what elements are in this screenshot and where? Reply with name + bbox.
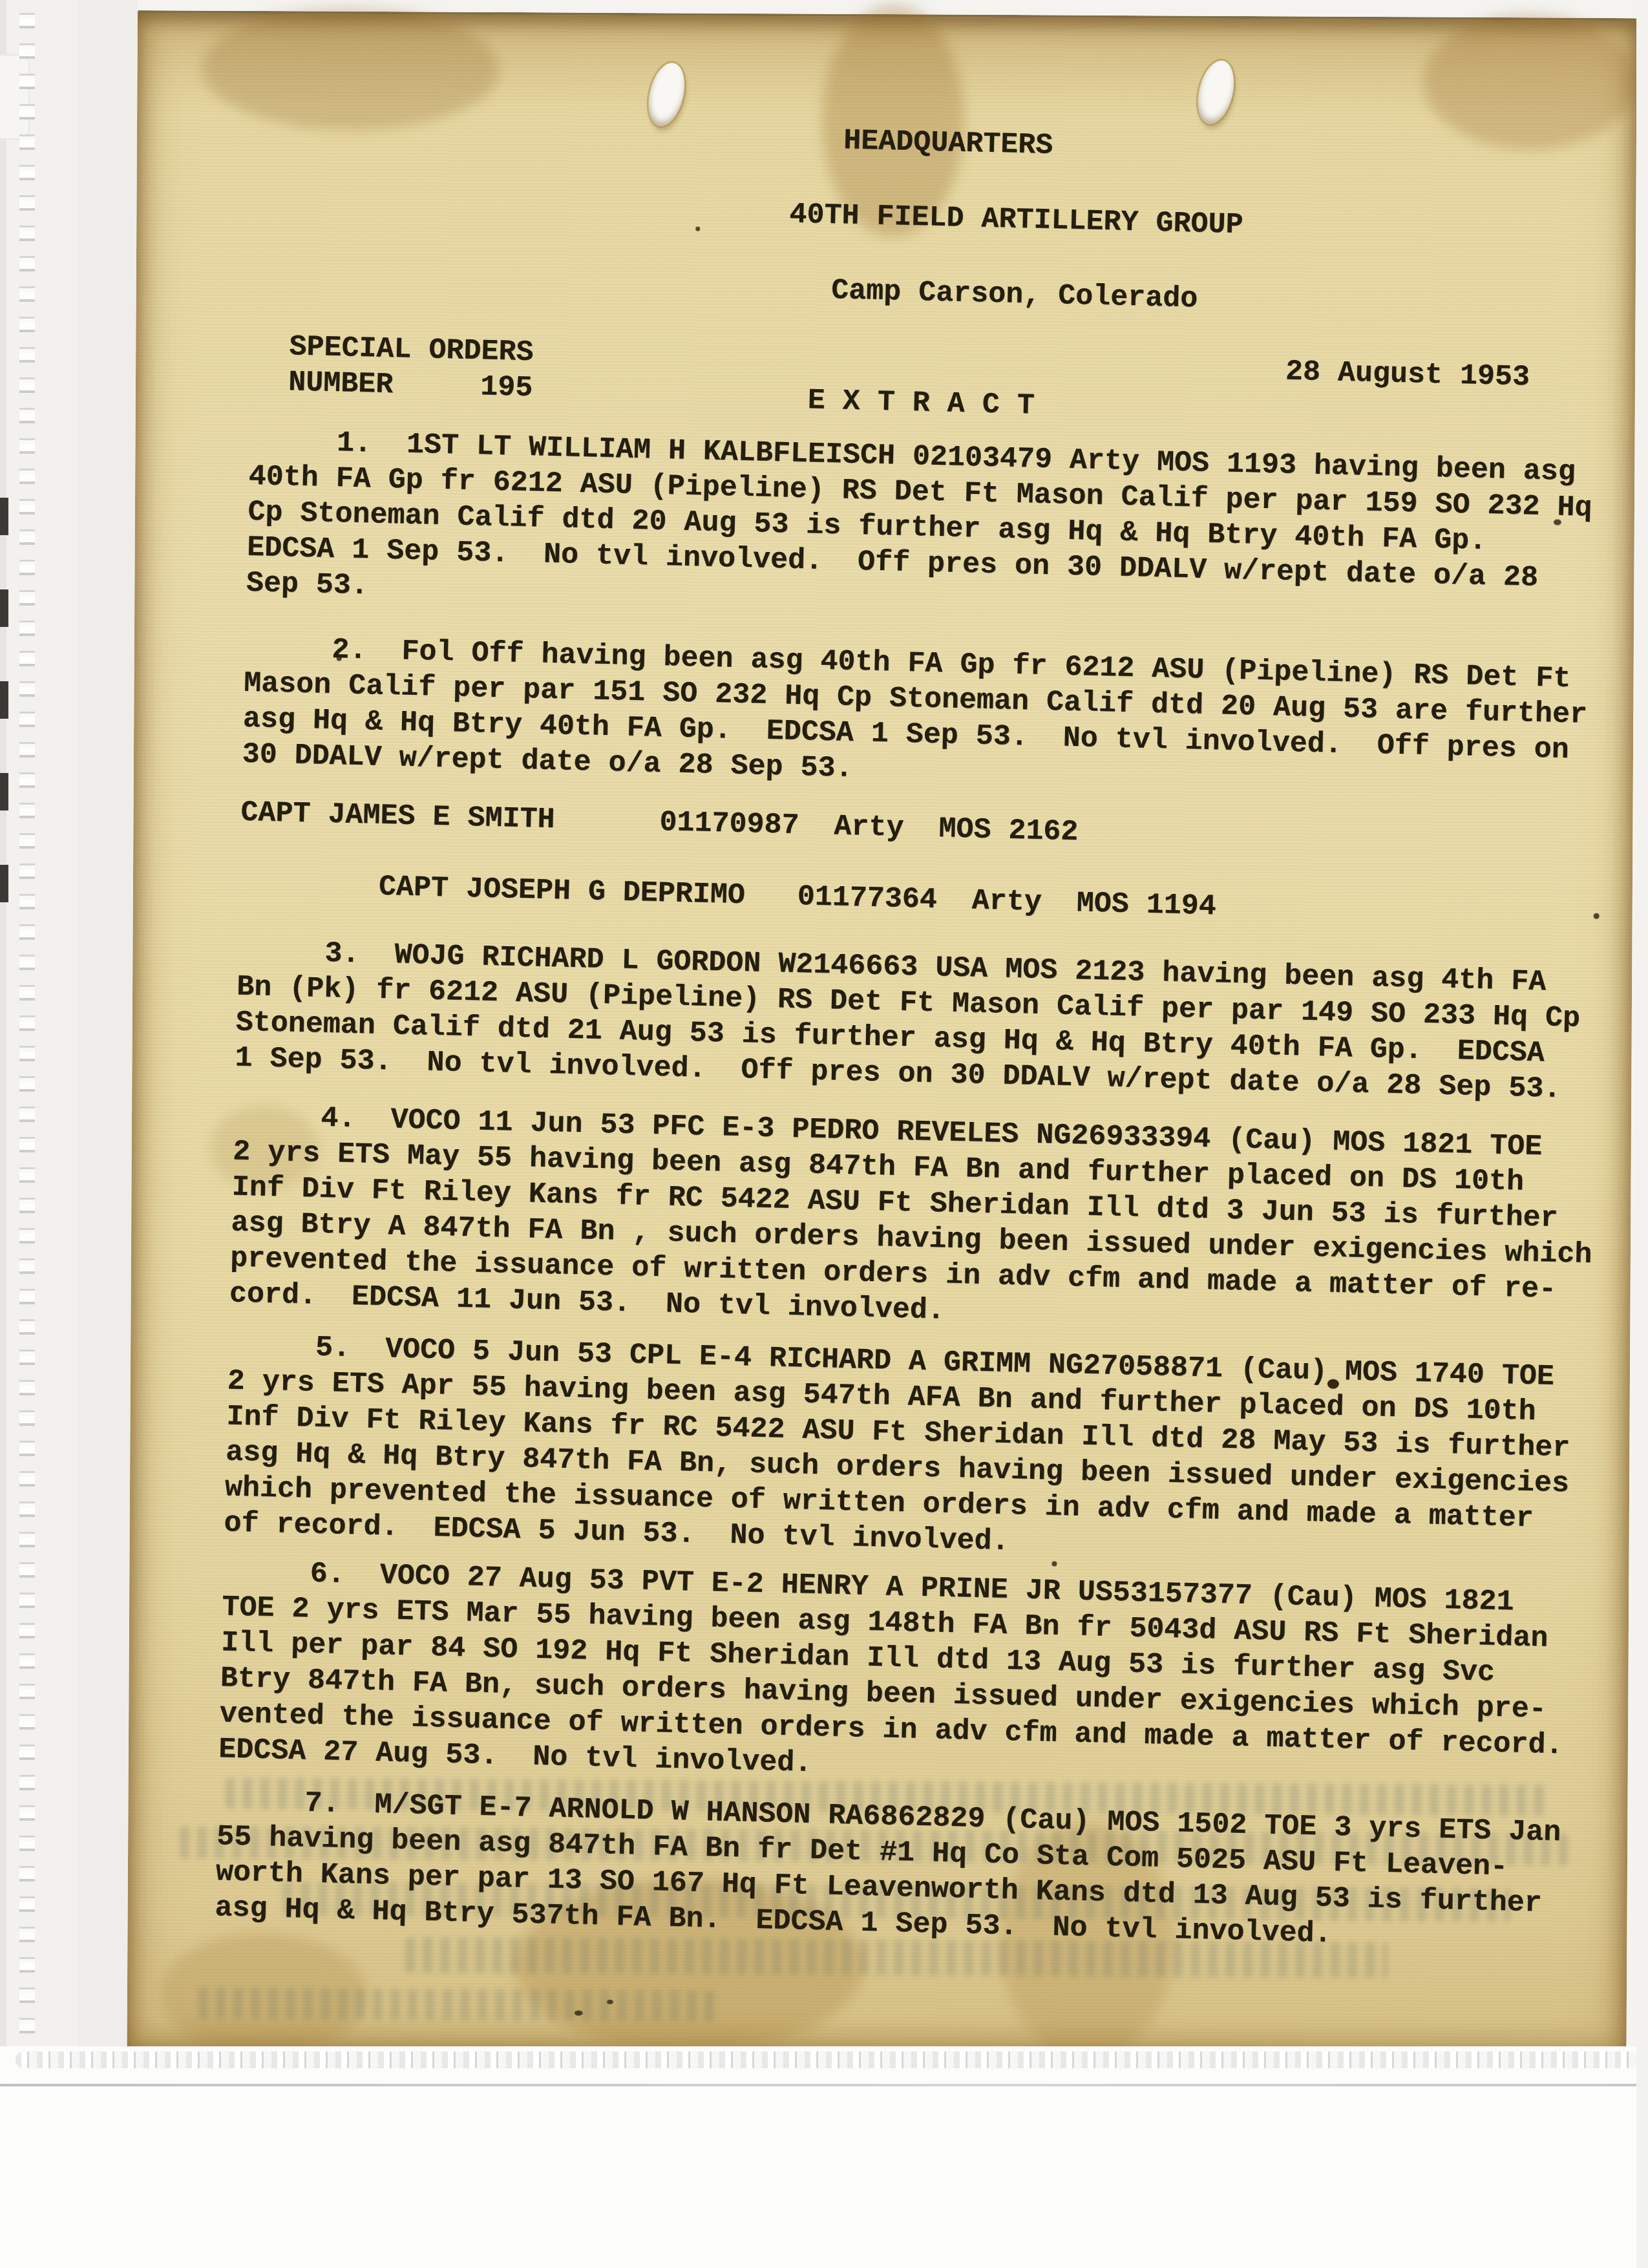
paragraph-6: 6. VOCO 27 Aug 53 PVT E-2 HENRY A PRINE … [218, 1554, 1606, 1799]
scanned-document-page: HEADQUARTERS 40TH FIELD ARTILLERY GROUP … [0, 0, 1648, 2268]
document-date: 28 August 1953 [1285, 354, 1530, 396]
paragraph-1: 1. 1ST LT WILLIAM H KALBFLEISCH 02103479… [246, 423, 1632, 633]
extract-heading: E X T R A C T [807, 383, 1035, 423]
officer-roster: CAPT JAMES E SMITH 01170987 Arty MOS 216… [238, 795, 1623, 934]
sleeve-weld-seam-dots [16, 2051, 1638, 2068]
letterhead-line-3: Camp Carson, Colerado [831, 274, 1198, 315]
sleeve-edge-line [0, 2084, 1648, 2086]
letterhead-line-2: 40TH FIELD ARTILLERY GROUP [789, 198, 1243, 242]
paragraph-4: 4. VOCO 11 Jun 53 PFC E-3 PEDRO REVELES … [229, 1099, 1616, 1344]
paragraph-7: 7. M/SGT E-7 ARNOLD W HANSON RA6862829 (… [215, 1783, 1601, 1958]
special-orders-number: SPECIAL ORDERS NUMBER 195 [288, 329, 534, 406]
letterhead: HEADQUARTERS 40TH FIELD ARTILLERY GROUP … [253, 109, 1640, 328]
letterhead-line-1: HEADQUARTERS [843, 124, 1053, 162]
clipped-spine-text-fragments [0, 498, 8, 944]
sheet-protector-bottom [0, 2046, 1648, 2268]
paragraph-2: 2. Fol Off having been asg 40th FA Gp fr… [242, 630, 1628, 805]
paragraph-3: 3. WOJG RICHARD L GORDON W2146663 USA MO… [235, 934, 1621, 1108]
typed-content: HEADQUARTERS 40TH FIELD ARTILLERY GROUP … [215, 109, 1640, 1958]
sheet-protector-right-margin [1636, 0, 1648, 2268]
sheet-protector-left-margin [0, 0, 138, 2268]
roster-line-2: CAPT JOSEPH G DEPRIMO 01177364 Arty MOS … [378, 871, 1216, 924]
roster-line-1: CAPT JAMES E SMITH 01170987 Arty MOS 216… [240, 796, 1079, 849]
bleed-through-line [198, 1988, 715, 2022]
stain [1423, 13, 1637, 150]
document-paper: HEADQUARTERS 40TH FIELD ARTILLERY GROUP … [127, 10, 1636, 2057]
punch-hole-right [1192, 57, 1240, 127]
paragraph-5: 5. VOCO 5 Jun 53 CPL E-4 RICHARD A GRIMM… [224, 1328, 1611, 1573]
binder-slot-column [19, 13, 35, 2256]
